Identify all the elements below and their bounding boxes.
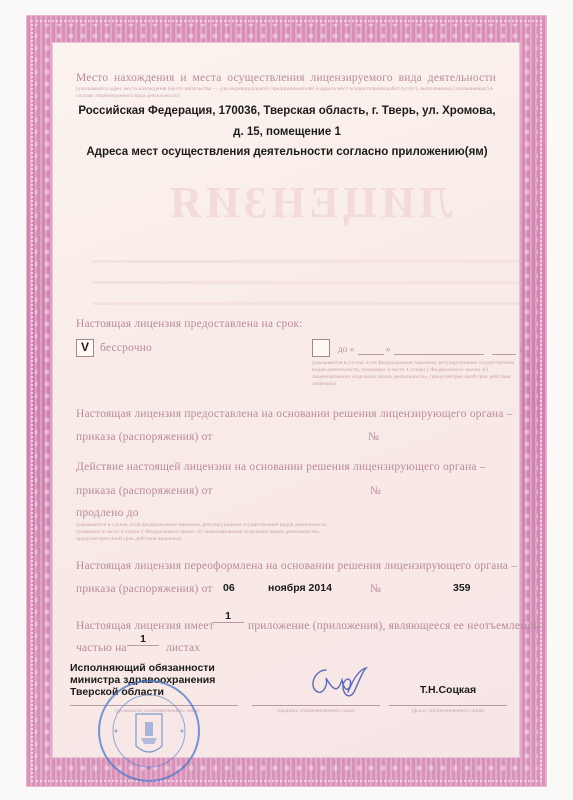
- reissued-month-year: ноября 2014: [268, 582, 332, 594]
- signature-caption: (подпись уполномоченного лица): [252, 708, 380, 715]
- until-mid: »: [386, 344, 391, 354]
- license-body: ЛИЦЕНЗИЯ Место нахождения и места осущес…: [52, 42, 520, 758]
- signature-line: [252, 705, 380, 706]
- until-year-suffix: г.: [520, 344, 525, 354]
- extended-line-2: приказа (распоряжения) от: [76, 485, 213, 497]
- location-heading: Место нахождения и места осуществления л…: [76, 72, 496, 84]
- granted-number-label: №: [368, 431, 379, 443]
- granted-line-2: приказа (распоряжения) от: [76, 431, 213, 443]
- location-hint: (указываются адрес места нахождения (мес…: [76, 86, 496, 100]
- reissued-number-label: №: [370, 583, 381, 595]
- until-label: до «: [338, 344, 355, 354]
- extended-hint: (указывается в случае, если федеральными…: [76, 522, 346, 543]
- license-border: ЛИЦЕНЗИЯ Место нахождения и места осущес…: [27, 16, 546, 786]
- until-hint: (указывается в случае, если федеральными…: [312, 360, 522, 388]
- reissued-day: 06: [223, 582, 235, 594]
- until-day-field[interactable]: [358, 354, 384, 355]
- show-through-lines: [92, 242, 522, 323]
- address-line-1: Российская Федерация, 170036, Тверская о…: [62, 105, 512, 117]
- until-month-field[interactable]: [394, 354, 484, 355]
- unlimited-label: бессрочно: [100, 342, 152, 354]
- address-line-3: Адреса мест осуществления деятельности с…: [62, 146, 512, 158]
- appendix-sheets-count: 1: [127, 633, 159, 646]
- name-caption: (ф.и.о. уполномоченного лица): [389, 708, 507, 715]
- signature-icon: [304, 662, 374, 702]
- appendix-sheets-suffix: листах: [166, 642, 200, 654]
- checkmark-icon: V: [81, 340, 89, 354]
- appendix-suffix: приложение (приложения), являющееся ее н…: [248, 620, 540, 632]
- granted-line-1: Настоящая лицензия предоставлена на осно…: [76, 408, 513, 420]
- extended-number-label: №: [370, 485, 381, 497]
- appendix-sheets-prefix: частью на: [76, 642, 127, 654]
- until-checkbox[interactable]: [312, 339, 330, 357]
- appendix-count: 1: [212, 610, 244, 623]
- address-line-2: д. 15, помещение 1: [62, 126, 512, 138]
- show-through-title: ЛИЦЕНЗИЯ: [192, 177, 452, 228]
- appendix-prefix: Настоящая лицензия имеет: [76, 620, 214, 632]
- position-line-1: Исполняющий обязанности: [70, 662, 215, 674]
- reissued-line-2: приказа (распоряжения) от: [76, 583, 213, 595]
- signatory-name: Т.Н.Соцкая: [398, 684, 498, 696]
- term-label: Настоящая лицензия предоставлена на срок…: [76, 318, 303, 330]
- extended-line-1: Действие настоящей лицензии на основании…: [76, 461, 486, 473]
- reissued-line-1: Настоящая лицензия переоформлена на осно…: [76, 560, 517, 572]
- unlimited-checkbox[interactable]: V: [76, 339, 94, 357]
- name-line: [389, 705, 507, 706]
- until-year-field[interactable]: [492, 354, 516, 355]
- official-stamp-icon: [96, 678, 202, 784]
- reissued-number: 359: [453, 582, 471, 594]
- extended-until-label: продлено до: [76, 507, 139, 519]
